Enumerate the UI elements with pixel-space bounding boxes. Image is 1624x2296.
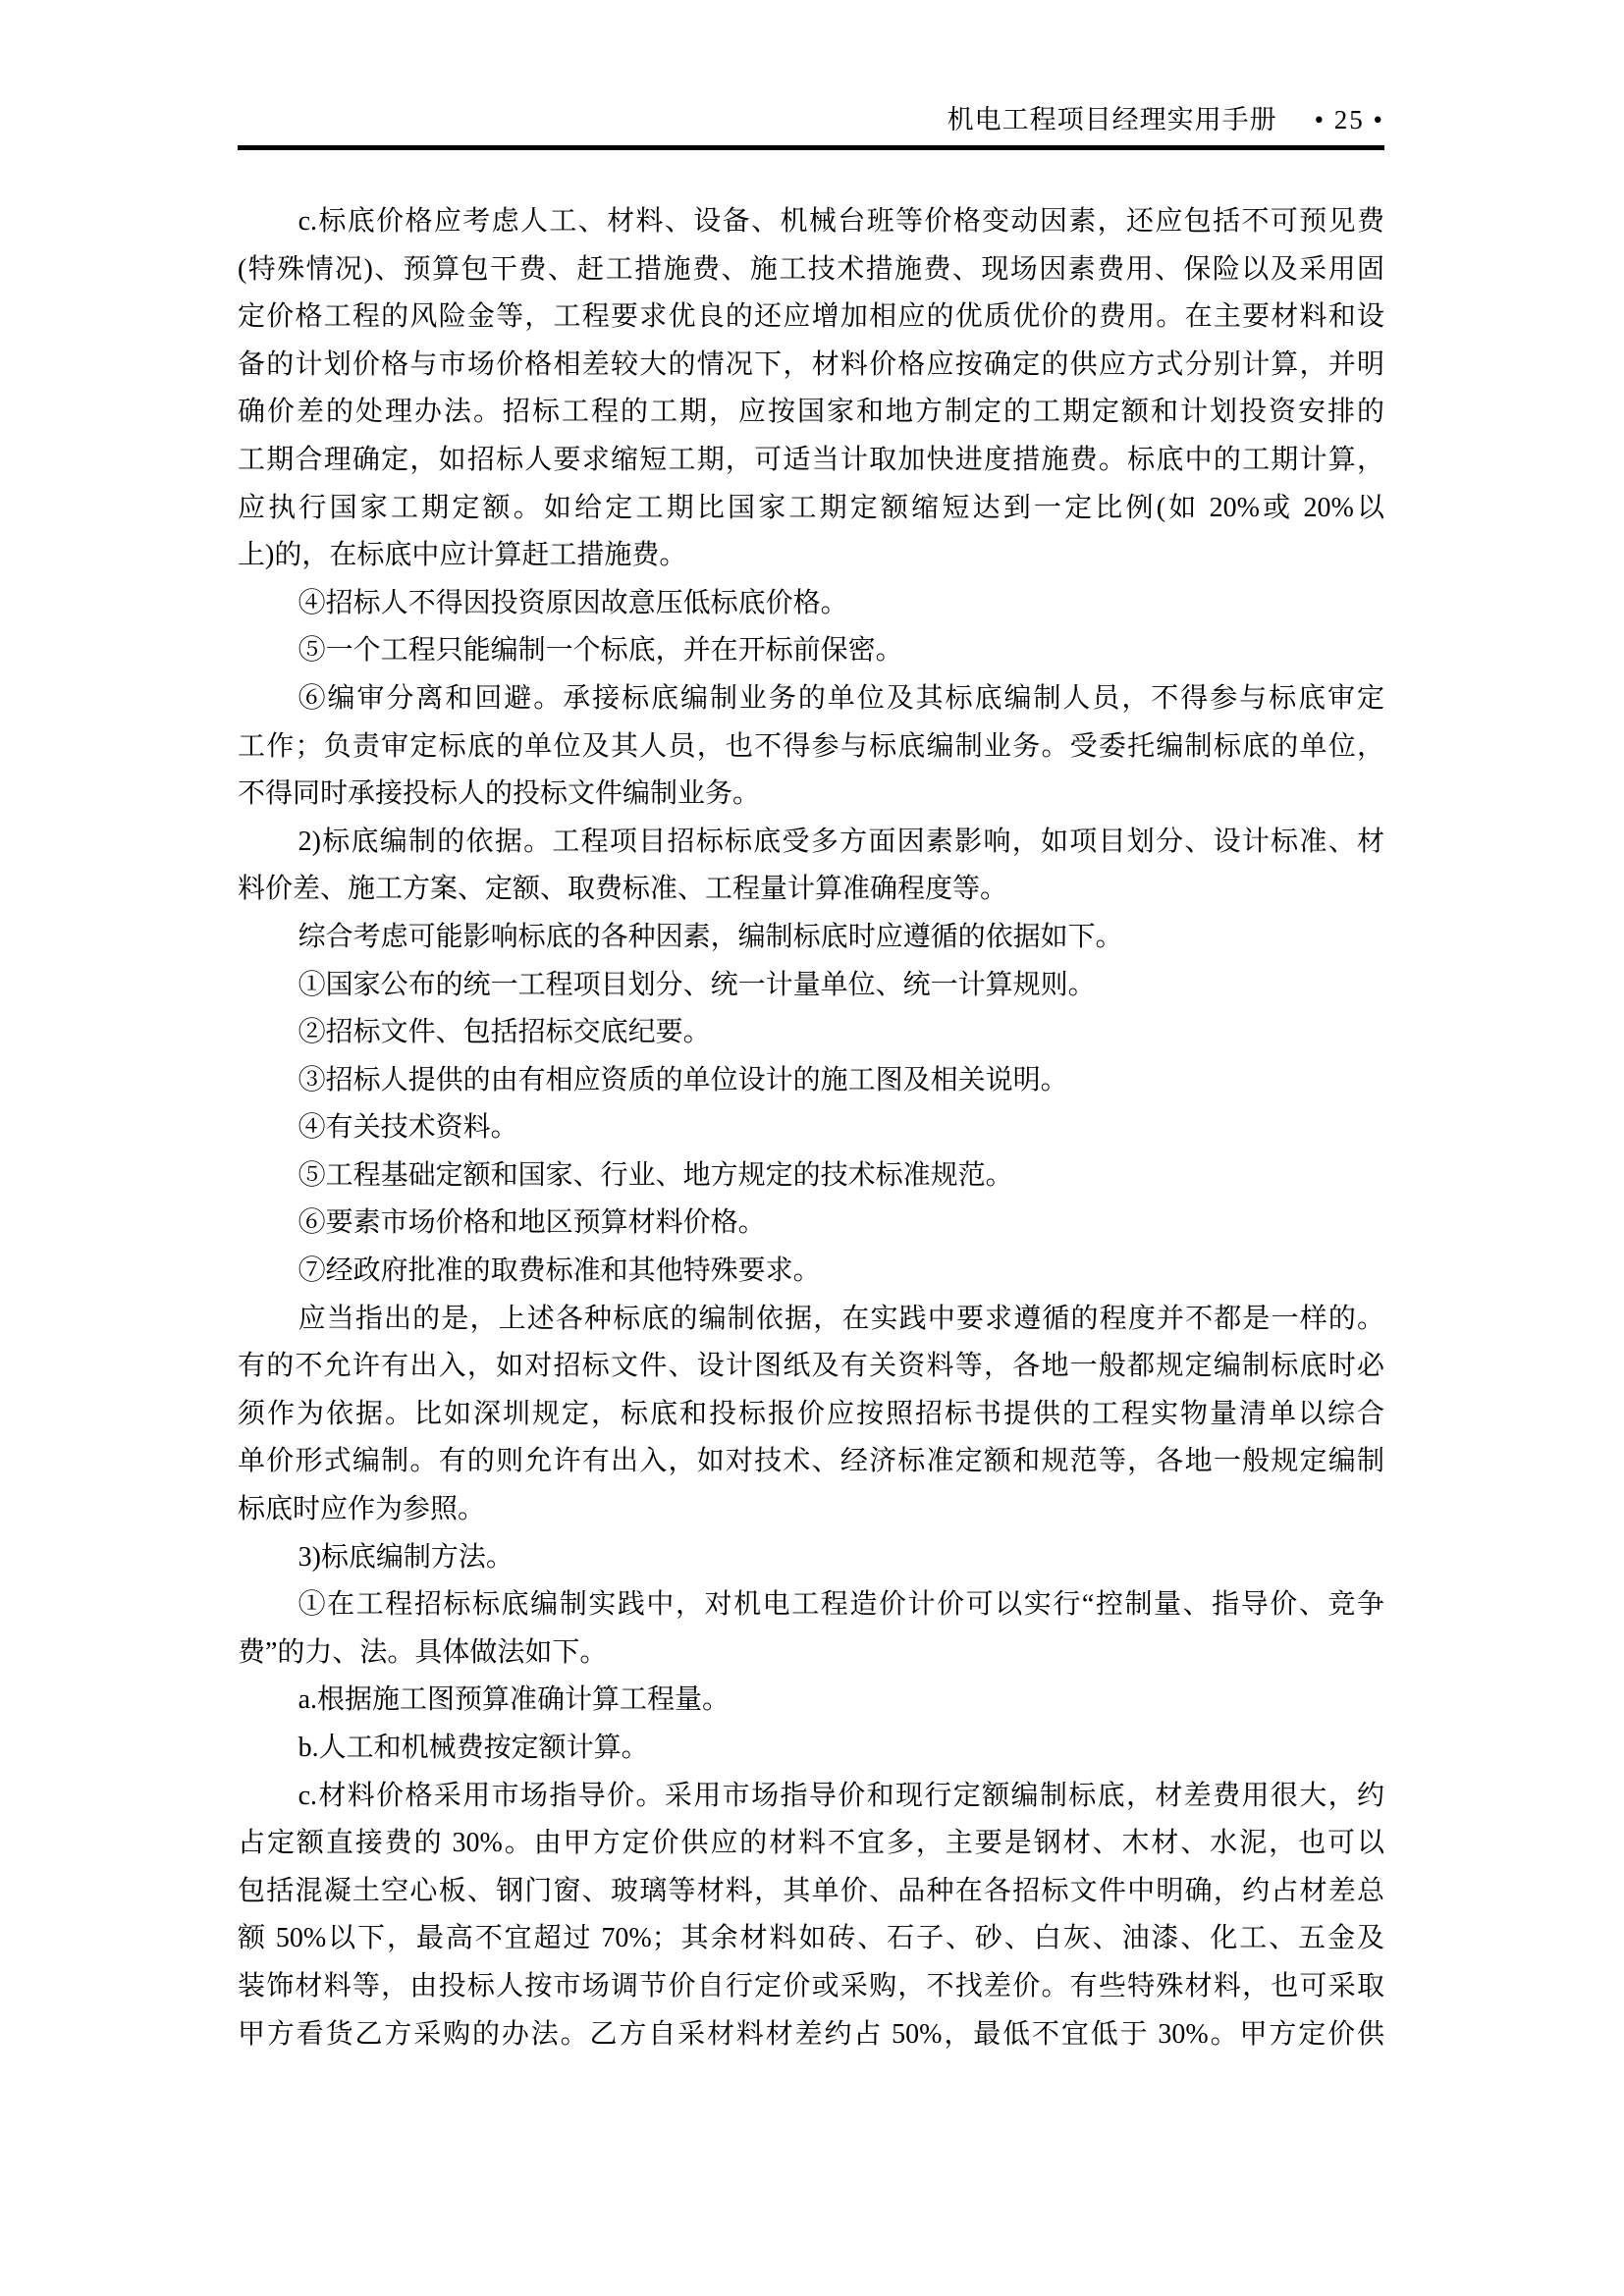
page-header: 机电工程项目经理实用手册 • 25 • [238,98,1384,136]
text-line: 上)的，在标底中应计算赶工措施费。 [238,532,1384,580]
text-line: 料价差、施工方案、定额、取费标准、工程量计算准确程度等。 [238,866,1384,914]
text-line: 综合考虑可能影响标底的各种因素，编制标底时应遵循的依据如下。 [238,914,1384,962]
text-line: 包括混凝土空心板、钢门窗、玻璃等材料，其单价、品种在各招标文件中明确，约占材差总 [238,1868,1384,1916]
header-rule [238,145,1384,150]
text-line: (特殊情况)、预算包干费、赶工措施费、施工技术措施费、现场因素费用、保险以及采用… [238,246,1384,294]
text-line: 2)标底编制的依据。工程项目招标标底受多方面因素影响，如项目划分、设计标准、材 [238,819,1384,867]
text-line: b.人工和机械费按定额计算。 [238,1725,1384,1773]
text-line: 额 50%以下，最高不宜超过 70%；其余材料如砖、石子、砂、白灰、油漆、化工、… [238,1915,1384,1963]
page-number: • 25 • [1315,105,1384,135]
text-line: ①国家公布的统一工程项目划分、统一计量单位、统一计算规则。 [238,962,1384,1010]
text-line: ④有关技术资料。 [238,1104,1384,1152]
text-line: ⑤一个工程只能编制一个标底，并在开标前保密。 [238,627,1384,675]
text-line: 费”的力、法。具体做法如下。 [238,1629,1384,1678]
text-line: ⑤工程基础定额和国家、行业、地方规定的技术标准规范。 [238,1152,1384,1201]
text-line: ⑦经政府批准的取费标准和其他特殊要求。 [238,1248,1384,1296]
text-line: 应执行国家工期定额。如给定工期比国家工期定额缩短达到一定比例(如 20%或 20… [238,485,1384,533]
text-line: 单价形式编制。有的则允许有出入，如对技术、经济标准定额和规范等，各地一般规定编制 [238,1438,1384,1486]
text-line: ①在工程招标标底编制实践中，对机电工程造价计价可以实行“控制量、指导价、竞争 [238,1581,1384,1629]
text-line: 工期合理确定，如招标人要求缩短工期，可适当计取加快进度措施费。标底中的工期计算， [238,437,1384,485]
text-line: 工作；负责审定标底的单位及其人员，也不得参与标底编制业务。受委托编制标底的单位， [238,723,1384,772]
text-line: 占定额直接费的 30%。由甲方定价供应的材料不宜多，主要是钢材、木材、水泥，也可… [238,1820,1384,1868]
text-line: 确价差的处理办法。招标工程的工期，应按国家和地方制定的工期定额和计划投资安排的 [238,389,1384,437]
text-line: 标底时应作为参照。 [238,1486,1384,1534]
body-text: c.标底价格应考虑人工、材料、设备、机械台班等价格变动因素，还应包括不可预见费 … [238,198,1384,2058]
text-line: 备的计划价格与市场价格相差较大的情况下，材料价格应按确定的供应方式分别计算，并明 [238,342,1384,390]
text-line: 不得同时承接投标人的投标文件编制业务。 [238,771,1384,819]
text-line: 有的不允许有出入，如对招标文件、设计图纸及有关资料等，各地一般都规定编制标底时必 [238,1343,1384,1391]
text-line: 装饰材料等，由投标人按市场调节价自行定价或采购，不找差价。有些特殊材料，也可采取 [238,1963,1384,2011]
text-line: ④招标人不得因投资原因故意压低标底价格。 [238,580,1384,628]
text-line: ②招标文件、包括招标交底纪要。 [238,1009,1384,1057]
text-line: a.根据施工图预算准确计算工程量。 [238,1677,1384,1725]
text-line: c.材料价格采用市场指导价。采用市场指导价和现行定额编制标底，材差费用很大，约 [238,1773,1384,1821]
running-title: 机电工程项目经理实用手册 [947,98,1277,136]
text-line: 应当指出的是，上述各种标底的编制依据，在实践中要求遵循的程度并不都是一样的。 [238,1296,1384,1344]
document-page: 机电工程项目经理实用手册 • 25 • c.标底价格应考虑人工、材料、设备、机械… [0,0,1624,2296]
text-line: ⑥编审分离和回避。承接标底编制业务的单位及其标底编制人员，不得参与标底审定 [238,675,1384,723]
text-line: ③招标人提供的由有相应资质的单位设计的施工图及相关说明。 [238,1057,1384,1105]
text-line: 须作为依据。比如深圳规定，标底和投标报价应按照招标书提供的工程实物量清单以综合 [238,1391,1384,1439]
text-line: 3)标底编制方法。 [238,1534,1384,1582]
text-line: 定价格工程的风险金等，工程要求优良的还应增加相应的优质优价的费用。在主要材料和设 [238,294,1384,342]
text-line: 甲方看货乙方采购的办法。乙方自采材料材差约占 50%，最低不宜低于 30%。甲方… [238,2011,1384,2059]
text-line: ⑥要素市场价格和地区预算材料价格。 [238,1200,1384,1248]
text-line: c.标底价格应考虑人工、材料、设备、机械台班等价格变动因素，还应包括不可预见费 [238,198,1384,246]
